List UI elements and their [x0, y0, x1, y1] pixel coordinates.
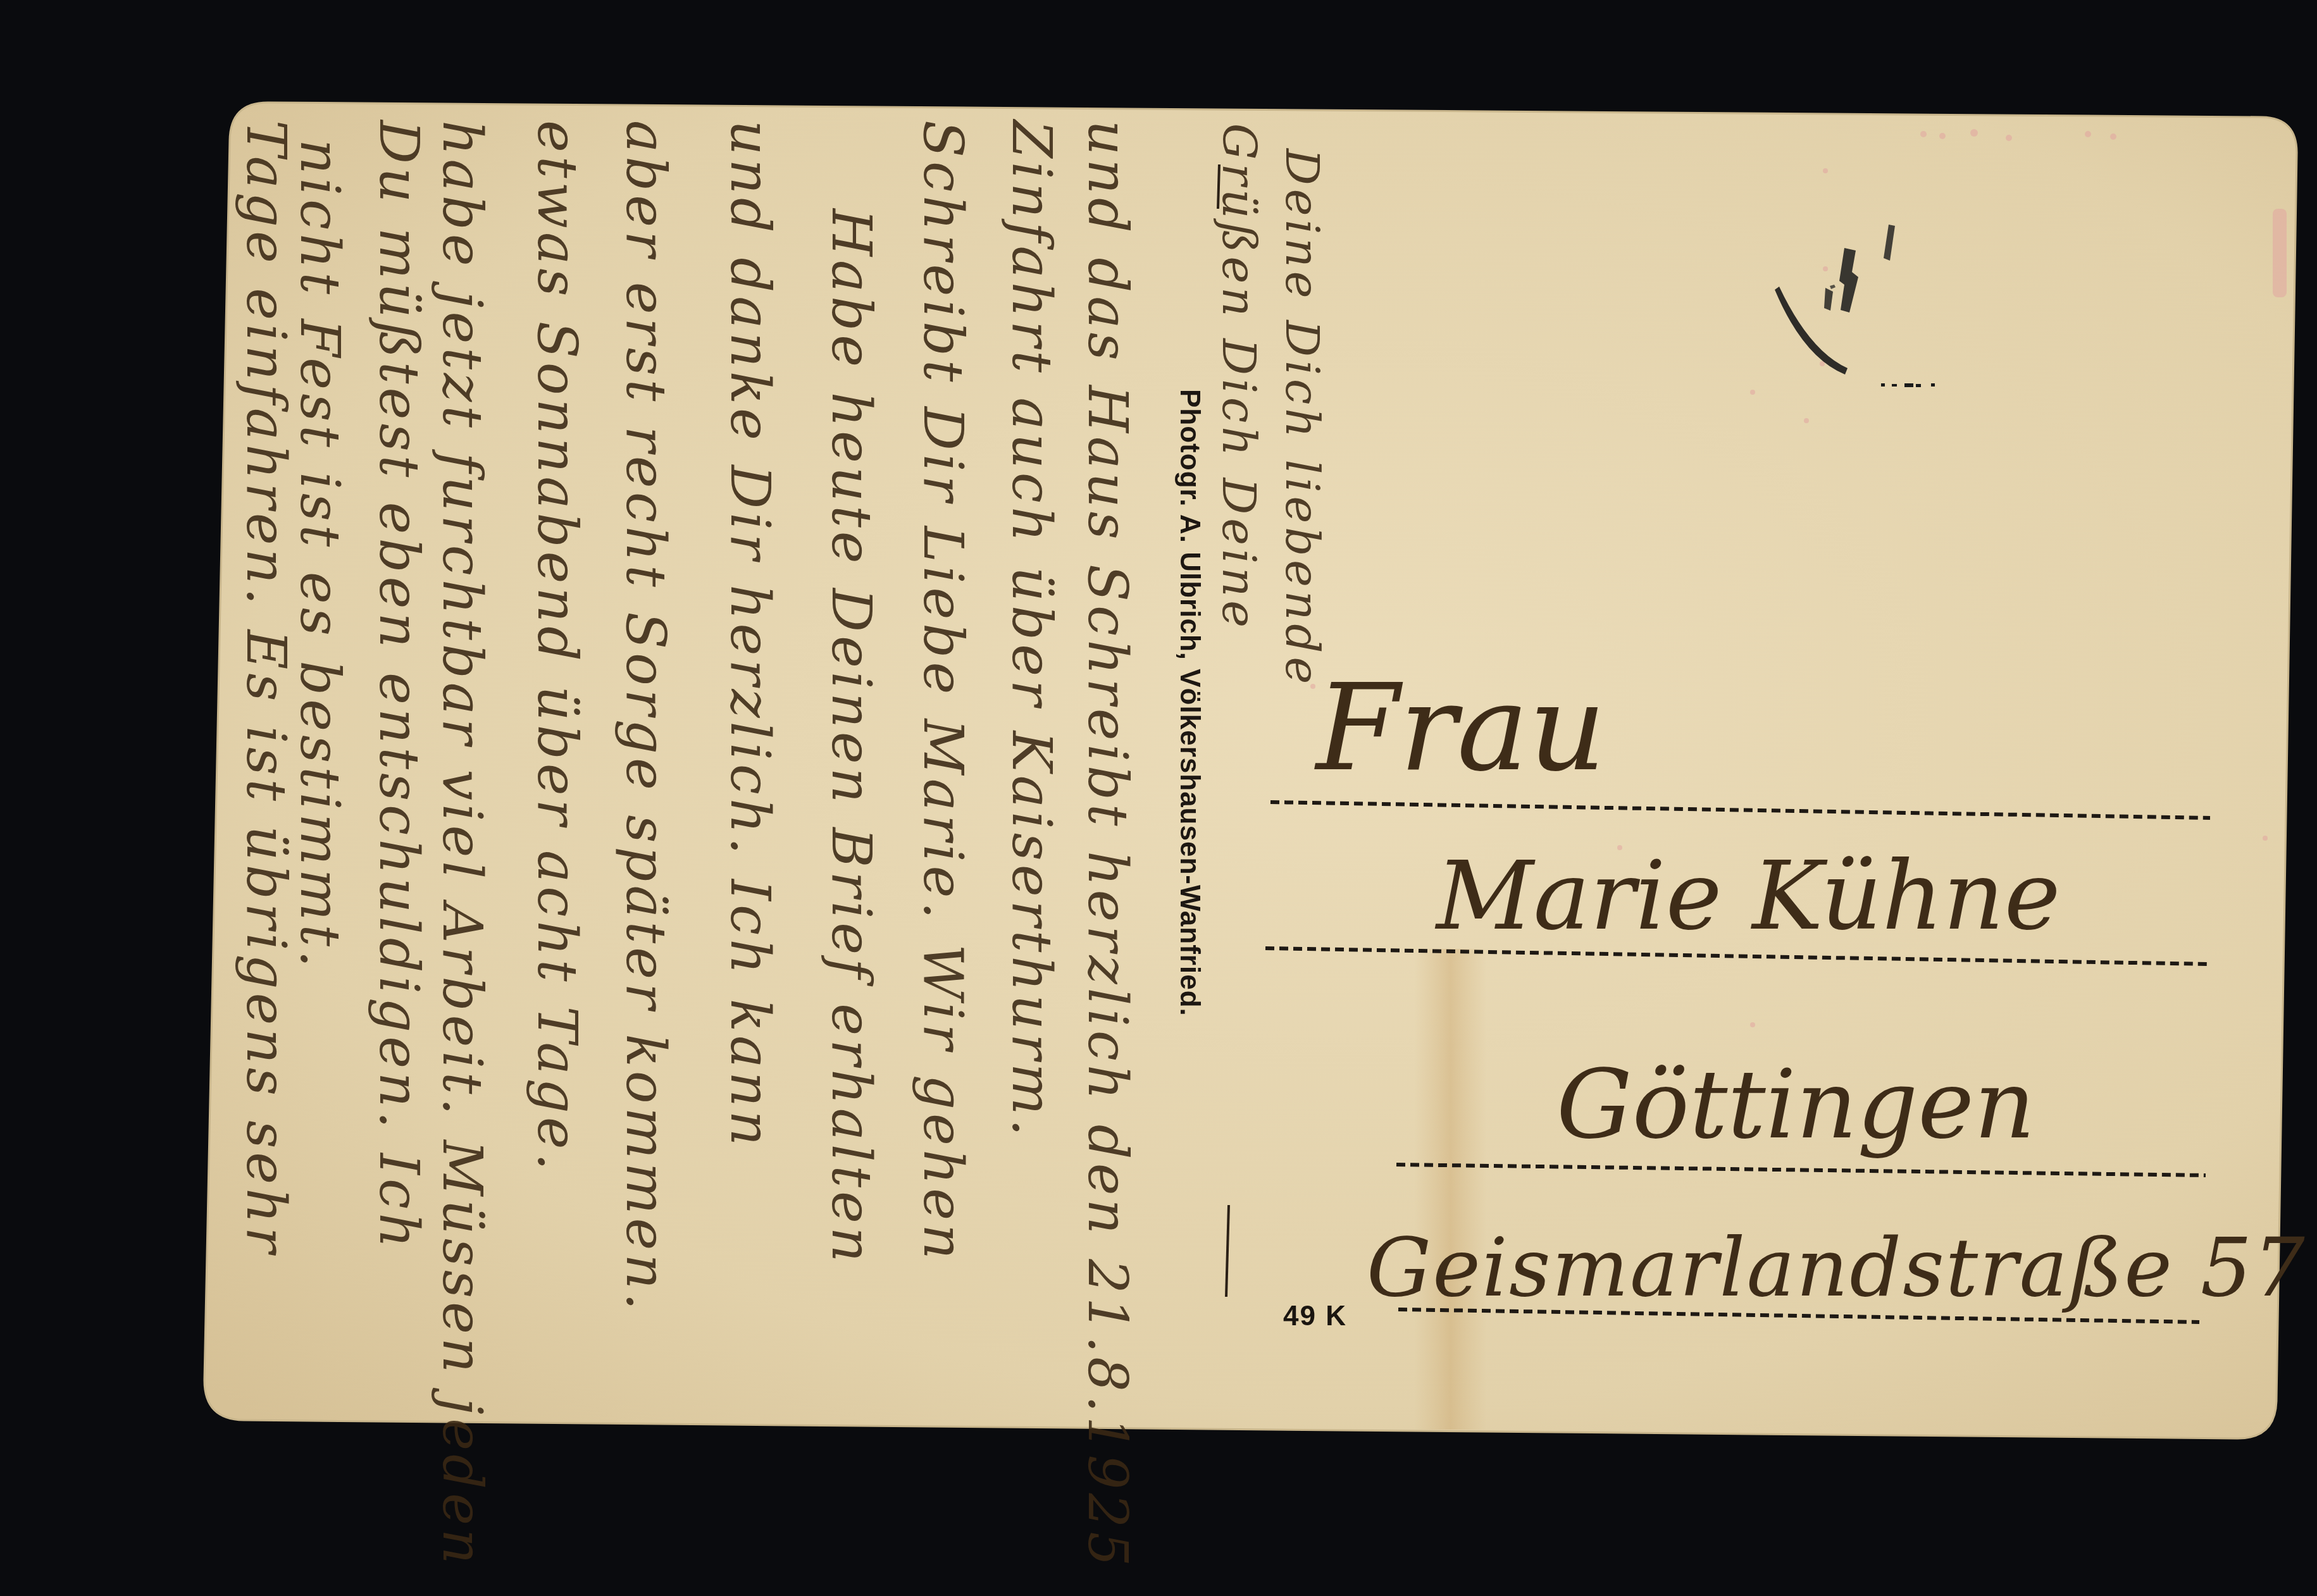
address-salutation: Frau — [1316, 658, 1606, 798]
message-line: Zinfahrt auch über Kaiserthurm. — [1000, 120, 1063, 1140]
message-line: aber erst recht Sorge später kommen. — [614, 120, 677, 1314]
message-line: und danke Dir herzlich. Ich kann — [718, 120, 781, 1149]
message-line: Du müßtest eben entschuldigen. Ich — [367, 120, 430, 1252]
message-line: und das Haus Schreibt herzlich den 21.8.… — [1076, 120, 1139, 1570]
address-street: Geismarlandstraße 57 b. — [1367, 1221, 2317, 1315]
message-line: Schreibt Dir Liebe Marie. Wir gehen — [911, 120, 974, 1263]
message-line: Grüßen Dich Deine — [1212, 123, 1265, 631]
postcard: Tage einfahren. Es ist übrigens sehr nic… — [0, 0, 2317, 1596]
message-line: etwas Sonnabend über acht Tage. — [525, 120, 588, 1174]
photographer-credit: Photogr. A. Ulbrich, Völkershausen-Wanfr… — [1174, 389, 1205, 1017]
water-stain — [1414, 949, 1487, 1430]
address-city: Göttingen — [1556, 1050, 2035, 1160]
address-name: Marie Kühne — [1436, 841, 2061, 951]
message-line: nicht Fest ist es bestimmt. — [288, 139, 351, 971]
message-line: habe jetzt furchtbar viel Arbeit. Müssen… — [430, 120, 494, 1568]
card-number: 49 K — [1283, 1301, 1347, 1332]
message-line: Habe heute Deinen Brief erhalten — [819, 209, 883, 1266]
message-line: Deine Dich liebende — [1276, 149, 1329, 688]
